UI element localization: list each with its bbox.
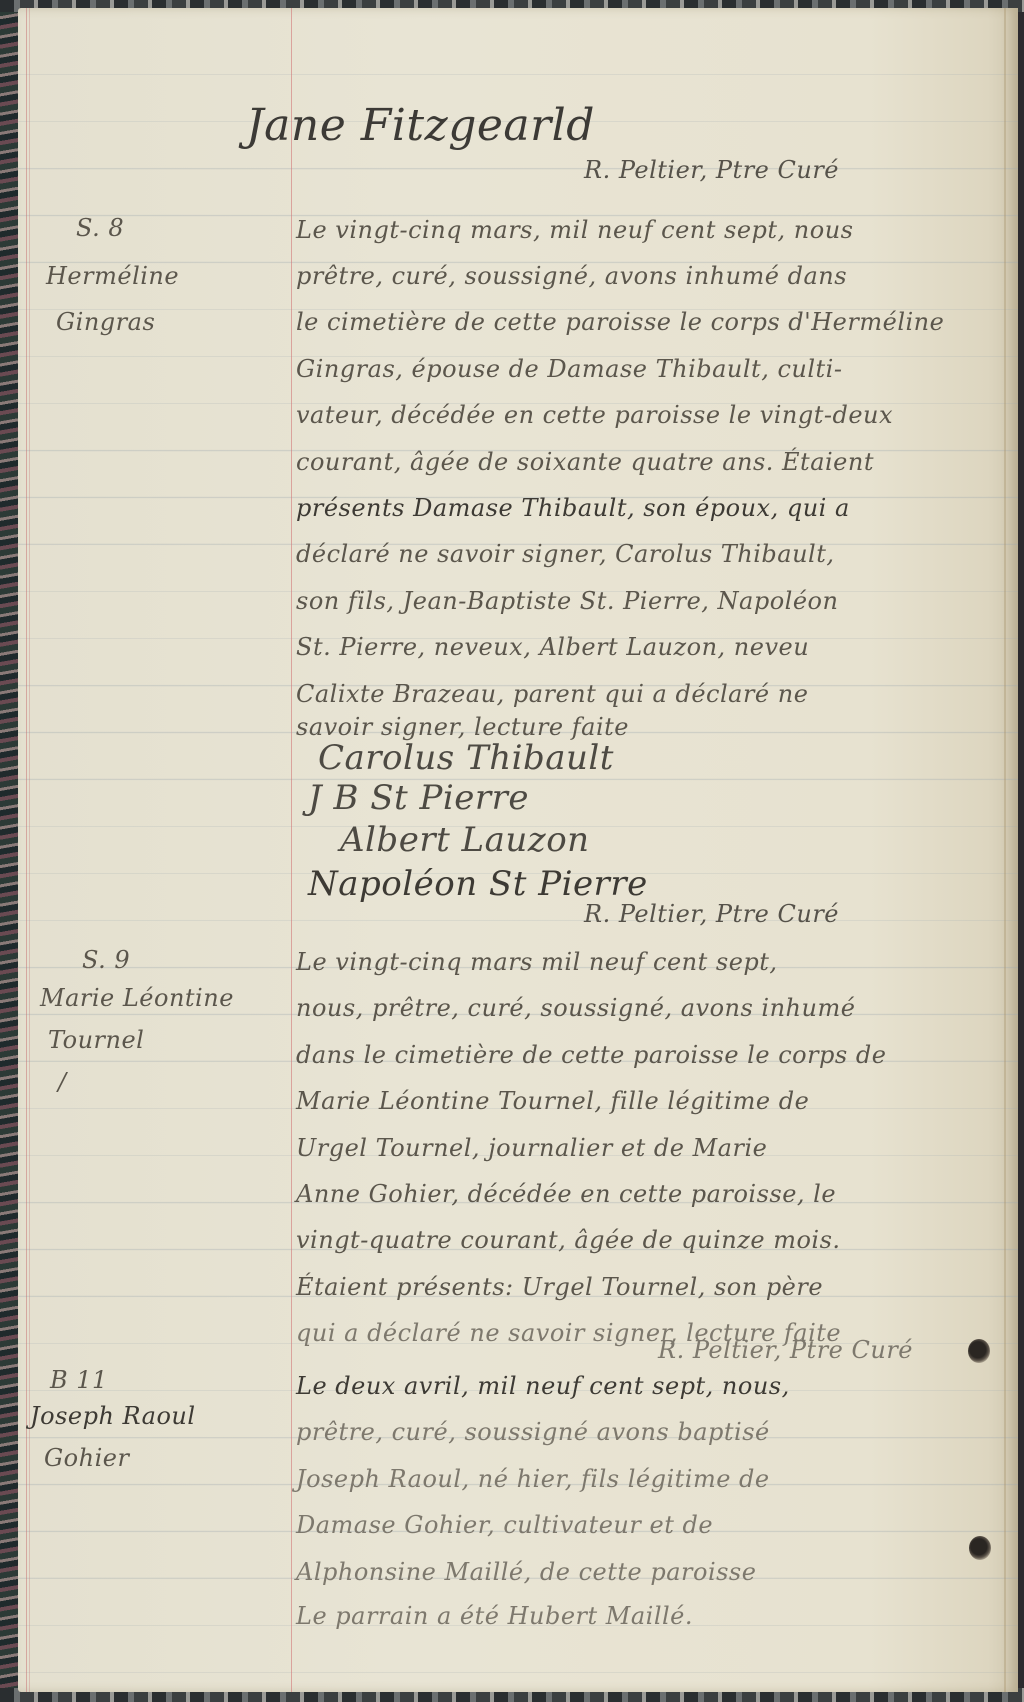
entry-b11-line: Le parrain a été Hubert Maillé. <box>296 1602 693 1630</box>
entry-b11-line: Le deux avril, mil neuf cent sept, nous, <box>296 1372 790 1400</box>
entry-s9-line: Urgel Tournel, journalier et de Marie <box>296 1134 767 1162</box>
entry-b11-line: Joseph Raoul, né hier, fils légitime de <box>296 1465 770 1493</box>
left-edge-rule-2 <box>29 8 30 1692</box>
entry-s8-line: vateur, décédée en cette paroisse le vin… <box>296 401 893 429</box>
punch-hole-1 <box>968 1339 990 1363</box>
entry-s9-line: Anne Gohier, décédée en cette paroisse, … <box>296 1180 836 1208</box>
entry-b11-line: prêtre, curé, soussigné avons baptisé <box>296 1418 770 1446</box>
entry-s8-line: le cimetière de cette paroisse le corps … <box>296 308 944 336</box>
entry-s9-line: Le vingt-cinq mars mil neuf cent sept, <box>296 948 778 976</box>
entry-s8-line: savoir signer, lecture faite <box>296 713 629 741</box>
entry-name-s9-line1: Marie Léontine <box>40 984 234 1012</box>
entry-s8-line: Le vingt-cinq mars, mil neuf cent sept, … <box>296 216 853 244</box>
entry-number-s8: S. 8 <box>76 214 124 242</box>
entry-number-b11: B 11 <box>50 1366 108 1394</box>
entry-s8-line: présents Damase Thibault, son époux, qui… <box>296 494 850 522</box>
priest-signature-3: R. Peltier, Ptre Curé <box>658 1336 913 1364</box>
entry-number-s9: S. 9 <box>82 946 130 974</box>
heading-signature: Jane Fitzgearld <box>246 100 595 151</box>
entry-s9-line: Étaient présents: Urgel Tournel, son pèr… <box>296 1273 823 1301</box>
entry-s8-line: courant, âgée de soixante quatre ans. Ét… <box>296 448 874 476</box>
punch-hole-2 <box>969 1536 991 1560</box>
entry-mark-s9: / <box>58 1068 67 1096</box>
entry-s8-line: déclaré ne savoir signer, Carolus Thibau… <box>296 540 835 568</box>
witness-signature: Napoléon St Pierre <box>308 864 648 904</box>
entry-s8-line: prêtre, curé, soussigné, avons inhumé da… <box>296 262 847 290</box>
entry-name-s8-line1: Herméline <box>46 262 179 290</box>
entry-name-b11-line1: Joseph Raoul <box>30 1402 196 1430</box>
entry-name-s8-line2: Gingras <box>56 308 155 336</box>
witness-signature: Carolus Thibault <box>318 738 614 778</box>
priest-signature-2: R. Peltier, Ptre Curé <box>584 900 839 928</box>
entry-s8-line: son fils, Jean-Baptiste St. Pierre, Napo… <box>296 587 838 615</box>
left-edge-rule <box>26 8 27 1692</box>
entry-s9-line: nous, prêtre, curé, soussigné, avons inh… <box>296 994 855 1022</box>
entry-s8-line: Gingras, épouse de Damase Thibault, cult… <box>296 355 842 383</box>
page-edge <box>1004 8 1006 1692</box>
entry-s9-line: dans le cimetière de cette paroisse le c… <box>296 1041 886 1069</box>
entry-b11-line: Damase Gohier, cultivateur et de <box>296 1511 713 1539</box>
priest-signature-1: R. Peltier, Ptre Curé <box>584 156 839 184</box>
entry-s8-line: Calixte Brazeau, parent qui a déclaré ne <box>296 680 808 708</box>
entry-s9-line: Marie Léontine Tournel, fille légitime d… <box>296 1087 809 1115</box>
entry-b11-line: Alphonsine Maillé, de cette paroisse <box>296 1558 756 1586</box>
entry-s9-line: vingt-quatre courant, âgée de quinze moi… <box>296 1226 841 1254</box>
margin-rule <box>291 8 292 1692</box>
entry-name-s9-line2: Tournel <box>48 1026 144 1054</box>
entry-name-b11-line2: Gohier <box>44 1444 129 1472</box>
register-page: Jane Fitzgearld R. Peltier, Ptre Curé S.… <box>18 8 1018 1692</box>
witness-signature: J B St Pierre <box>308 778 529 818</box>
witness-signature: Albert Lauzon <box>340 820 590 860</box>
entry-s8-line: St. Pierre, neveux, Albert Lauzon, neveu <box>296 633 809 661</box>
